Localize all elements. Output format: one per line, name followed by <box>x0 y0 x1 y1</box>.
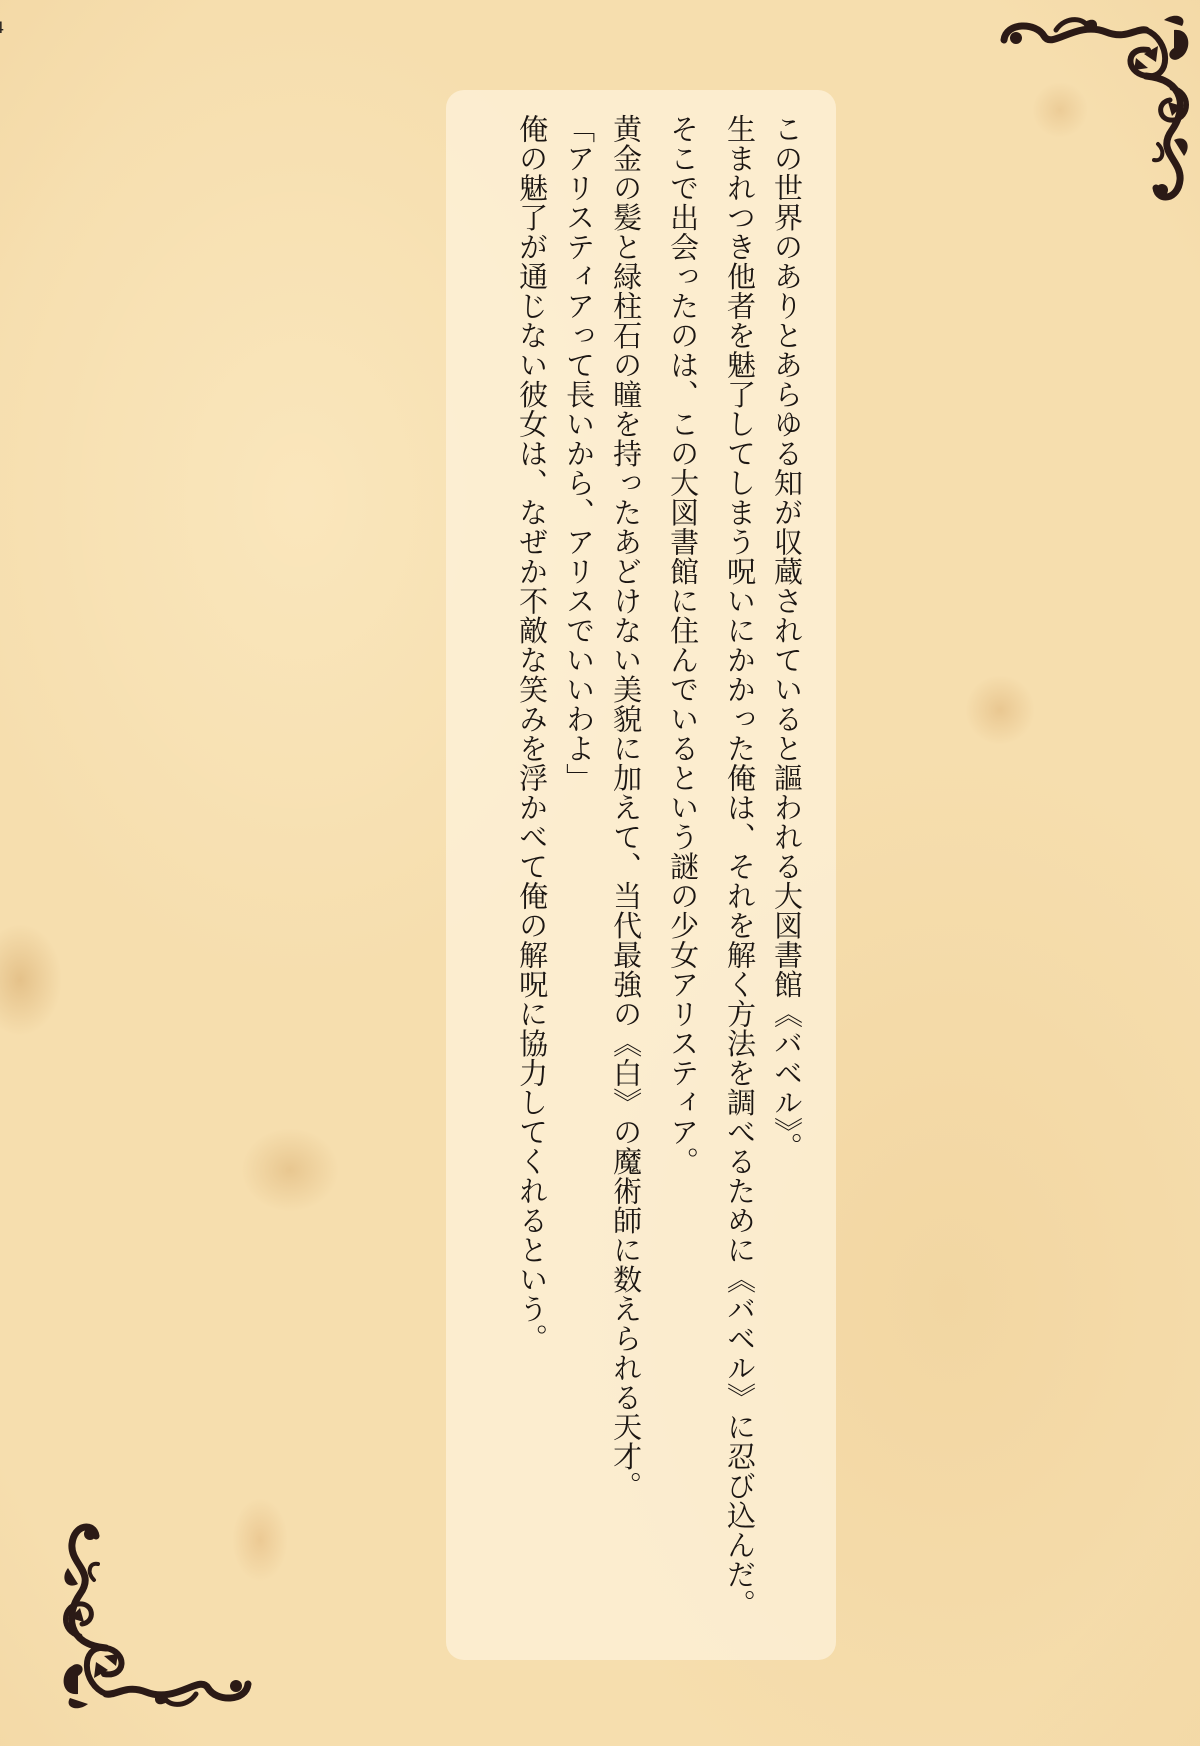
story-text: この世界のありとあらゆる知が収蔵されていると謳われる大図書館《バベル》。 生まれ… <box>508 114 810 1614</box>
book-page: { "page": { "number": "4" }, "story": { … <box>0 0 1200 1746</box>
paragraph: そこで出会ったのは、この大図書館に住んでいるという謎の少女アリスティア。 <box>659 114 706 1614</box>
paragraph: 黄金の髪と緑柱石の瞳を持ったあどけない美貌に加えて、当代最強の《白》の魔術師に数… <box>602 114 649 1614</box>
paragraph: この世界のありとあらゆる知が収蔵されていると謳われる大図書館《バベル》。 <box>763 114 810 1614</box>
paragraph: 俺の魅了が通じない彼女は、なぜか不敵な笑みを浮かべて俺の解呪に協力してくれるとい… <box>508 114 555 1614</box>
paragraph: 生まれつき他者を魅了してしまう呪いにかかった俺は、それを解く方法を調べるために《… <box>716 114 763 1614</box>
floral-corner-ornament-icon <box>56 1514 256 1714</box>
dialogue-line: 「アリスティアって長いから、アリスでいいわよ」 <box>555 114 602 1614</box>
floral-corner-ornament-icon <box>996 10 1196 210</box>
page-number: 4 <box>0 18 4 37</box>
